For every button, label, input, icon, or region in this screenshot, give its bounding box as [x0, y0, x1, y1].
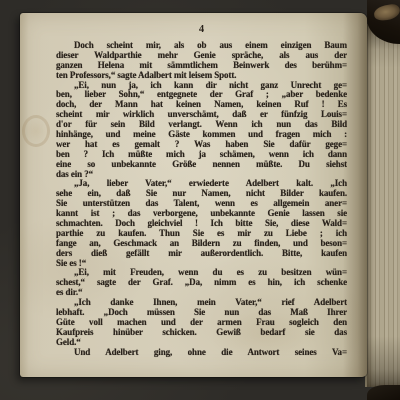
stain-ring: [22, 115, 50, 147]
text-line: wer hat es gemalt ? Was haben Sie dafür …: [56, 140, 347, 150]
text-line: ben, lieber Sohn,“ entgegnete der Graf ;…: [56, 90, 347, 100]
text-line: d'or für sein Bild verlangt. Wenn ich nu…: [56, 120, 347, 130]
text-line: hinhänge, und meine Gäste kommen und fra…: [56, 130, 347, 140]
text-line: parthie zu kaufen. Thun Sie es mir zu Li…: [56, 229, 347, 239]
text-line: kannt ist ; das verborgene, unbekannte G…: [56, 209, 347, 219]
text-line: schest,“ sagte der Graf. „Da, nimm es hi…: [56, 278, 347, 288]
text-line: Kaufpreis hinüber schicken. Gewiß bedarf…: [56, 328, 347, 338]
text-line: Geld.“: [56, 338, 347, 348]
text-line: ben ? Ich müßte mich ja schämen, wenn ic…: [56, 150, 347, 160]
book-page: 4 Doch scheint mir, als ob aus einem ein…: [20, 13, 367, 377]
text-line: fange an, Geschmack an Bildern zu finden…: [56, 239, 347, 249]
text-line: „Ei, nun ja, ich kann dir nicht ganz Unr…: [56, 81, 347, 91]
text-line: „Ja, lieber Vater,“ erwiederte Adelbert …: [56, 179, 347, 189]
text-line: das ein ?“: [56, 170, 347, 180]
text-line: ten Professors,“ sagte Adalbert mit leis…: [56, 71, 347, 81]
text-line: sehe ein, daß Sie nur Namen, nicht Bilde…: [56, 189, 347, 199]
text-line: doch, der Mann hat keinen Namen, keinen …: [56, 100, 347, 110]
page-number: 4: [56, 24, 347, 35]
book-corner-shadow-bottom-right: [367, 385, 400, 400]
text-line: ders dieß gefällt mir außerordentlich. B…: [56, 249, 347, 259]
text-line: Doch scheint mir, als ob aus einem einzi…: [56, 41, 347, 51]
text-line: „Ich danke Ihnen, mein Vater,“ rief Adel…: [56, 298, 347, 308]
text-line: es dir.“: [56, 288, 347, 298]
text-line: schmachten. Doch gleichviel ! Ich bitte …: [56, 219, 347, 229]
text-line: lebhaft. „Doch müssen Sie nun das Maß Ih…: [56, 308, 347, 318]
text-line: Sie es !“: [56, 259, 347, 269]
text-line: Und Adelbert ging, ohne die Antwort sein…: [56, 348, 347, 358]
text-line: eine so unbekannte Größe nennen müßte. D…: [56, 160, 347, 170]
text-line: ganzen Helena mit sämmtlichem Beinwerk d…: [56, 61, 347, 71]
text-line: „Ei, mit Freuden, wenn du es zu besitzen…: [56, 268, 347, 278]
text-line: dieser Waldparthie mehr Genie spräche, a…: [56, 51, 347, 61]
text-block: Doch scheint mir, als ob aus einem einzi…: [56, 41, 347, 358]
text-line: Güte voll machen und der armen Frau sogl…: [56, 318, 347, 328]
text-line: scheint mir wirklich unverschämt, daß er…: [56, 110, 347, 120]
book-page-edges-strip: [365, 24, 400, 387]
gutter-fold-shadow: [343, 13, 367, 377]
text-line: Sie unterstützen das Talent, wenn es all…: [56, 199, 347, 209]
